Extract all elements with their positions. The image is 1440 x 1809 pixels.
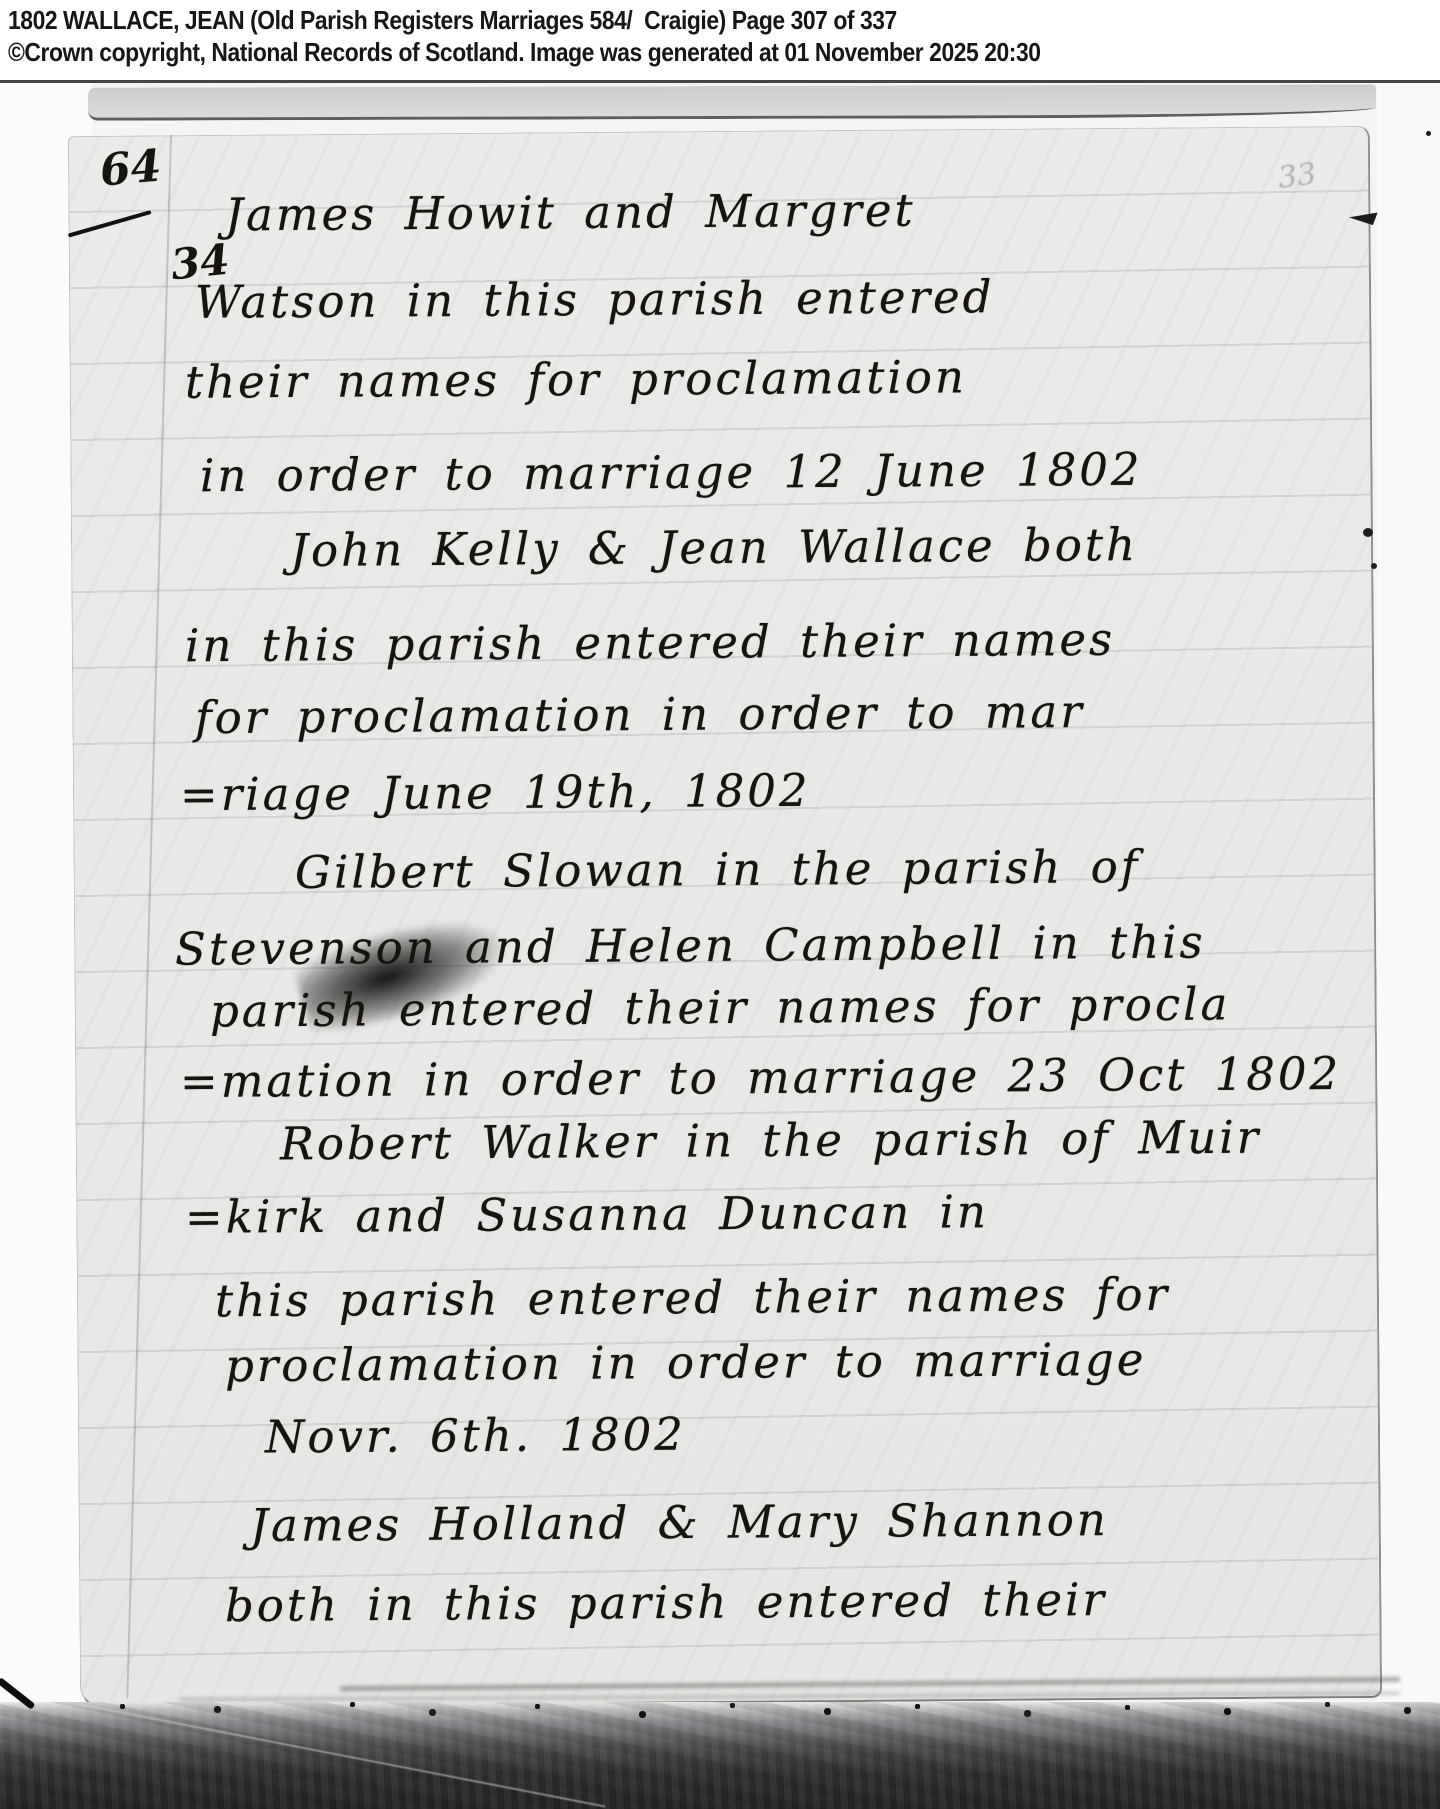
handwritten-line: both in this parish entered their xyxy=(225,1573,1107,1632)
handwritten-line: Watson in this parish entered xyxy=(195,270,995,329)
previous-page-edge xyxy=(88,84,1376,120)
photo-backdrop xyxy=(0,1702,1440,1809)
handwritten-line: Novr. 6th. 1802 xyxy=(265,1408,686,1464)
strike-line xyxy=(68,210,152,238)
handwritten-line: James Howit and Margret xyxy=(225,184,916,242)
ink-speck xyxy=(1371,563,1377,569)
handwritten-line: Stevenson and Helen Campbell in this xyxy=(175,915,1206,975)
handwritten-line: parish entered their names for procla xyxy=(210,977,1231,1037)
handwritten-line: this parish entered their names for xyxy=(215,1268,1170,1328)
scan-right-margin xyxy=(1377,83,1440,1705)
handwritten-line: in this parish entered their names xyxy=(185,613,1115,672)
handwritten-line: Robert Walker in the parish of Muir xyxy=(280,1111,1262,1171)
handwritten-line: Gilbert Slowan in the parish of xyxy=(295,840,1141,899)
bleedthrough-number: 33 xyxy=(1276,157,1318,196)
header-title-line: 1802 WALLACE, JEAN (Old Parish Registers… xyxy=(8,5,897,36)
handwritten-line: =mation in order to marriage 23 Oct 1802 xyxy=(180,1047,1341,1108)
debris-marks xyxy=(120,1704,125,1709)
handwritten-line: =riage June 19th, 1802 xyxy=(180,764,811,821)
handwritten-line: for proclamation in order to mar xyxy=(195,685,1085,744)
record-image-view: 1802 WALLACE, JEAN (Old Parish Registers… xyxy=(0,0,1440,1809)
page-header: 1802 WALLACE, JEAN (Old Parish Registers… xyxy=(0,0,1440,80)
handwritten-line: in order to marriage 12 June 1802 xyxy=(200,443,1143,503)
ink-speck xyxy=(1426,131,1431,136)
handwritten-line: James Holland & Mary Shannon xyxy=(250,1493,1109,1552)
folio-number: 64 xyxy=(98,140,163,196)
handwritten-line: John Kelly & Jean Wallace both xyxy=(290,518,1138,577)
ink-speck xyxy=(1363,528,1373,537)
header-copyright-line: ©Crown copyright, National Records of Sc… xyxy=(8,37,1041,68)
scan-area: 64 34 33 James Howit and Margret Watson … xyxy=(0,83,1440,1809)
handwritten-line: proclamation in order to marriage xyxy=(225,1333,1147,1392)
backdrop-scratch xyxy=(75,1703,605,1808)
handwritten-line: their names for proclamation xyxy=(185,350,967,408)
handwritten-line: =kirk and Susanna Duncan in xyxy=(185,1185,989,1244)
